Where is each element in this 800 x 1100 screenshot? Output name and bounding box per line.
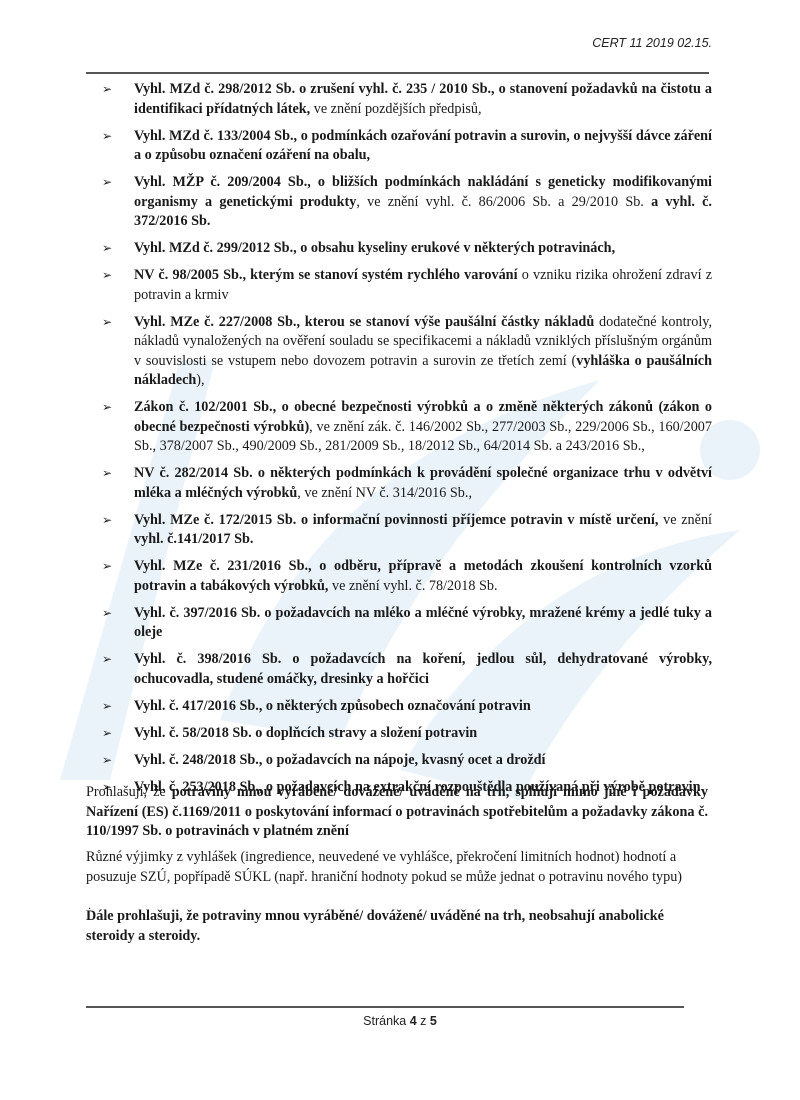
text-segment: , ve znění vyhl. č. 86/2006 Sb. a 29/201…	[356, 194, 651, 210]
exceptions-note: Různé výjimky z vyhlášek (ingredience, n…	[86, 848, 708, 887]
declaration-steroids: Dále prohlašuji, že potraviny mnou vyráb…	[86, 907, 708, 946]
text-segment: vyhl. č.141/2017 Sb.	[134, 531, 253, 547]
arrow-bullet-icon: ➢	[102, 697, 112, 717]
regulation-item: ➢Vyhl. MZd č. 299/2012 Sb., o obsahu kys…	[100, 239, 712, 259]
text-segment: Prohlašuji, že	[86, 784, 172, 800]
text-segment: Vyhl. č. 58/2018 Sb. o doplňcích stravy …	[134, 725, 477, 741]
arrow-bullet-icon: ➢	[102, 266, 112, 286]
arrow-bullet-icon: ➢	[102, 398, 112, 418]
regulation-item: ➢Vyhl. MZd č. 133/2004 Sb., o podmínkách…	[100, 127, 712, 166]
total-pages: 5	[430, 1014, 437, 1028]
arrow-bullet-icon: ➢	[102, 239, 112, 259]
arrow-bullet-icon: ➢	[102, 80, 112, 100]
arrow-bullet-icon: ➢	[102, 751, 112, 771]
regulation-item: ➢Vyhl. č. 398/2016 Sb. o požadavcích na …	[100, 650, 712, 689]
regulation-item: ➢Vyhl. MZe č. 172/2015 Sb. o informační …	[100, 511, 712, 550]
text-segment: Vyhl. č. 398/2016 Sb. o požadavcích na k…	[134, 651, 712, 687]
text-segment: Vyhl. č. 248/2018 Sb., o požadavcích na …	[134, 752, 546, 768]
arrow-bullet-icon: ➢	[102, 127, 112, 147]
regulation-item: ➢Vyhl. č. 397/2016 Sb. o požadavcích na …	[100, 604, 712, 643]
arrow-bullet-icon: ➢	[102, 650, 112, 670]
header-divider	[86, 72, 709, 74]
text-segment: ve znění vyhl. č. 78/2018 Sb.	[328, 578, 497, 594]
arrow-bullet-icon: ➢	[102, 724, 112, 744]
arrow-bullet-icon: ➢	[102, 313, 112, 333]
regulation-item: ➢Vyhl. MZe č. 231/2016 Sb., o odběru, př…	[100, 557, 712, 596]
regulation-item: ➢Vyhl. MŽP č. 209/2004 Sb., o bližších p…	[100, 173, 712, 232]
regulations-list: ➢Vyhl. MZd č. 298/2012 Sb. o zrušení vyh…	[100, 80, 712, 805]
page-separator: z	[420, 1014, 426, 1028]
arrow-bullet-icon: ➢	[102, 511, 112, 531]
text-segment: ve znění	[658, 512, 712, 528]
regulation-item: ➢Zákon č. 102/2001 Sb., o obecné bezpečn…	[100, 398, 712, 457]
regulation-item: ➢Vyhl. MZd č. 298/2012 Sb. o zrušení vyh…	[100, 80, 712, 119]
regulation-item: ➢Vyhl. MZe č. 227/2008 Sb., kterou se st…	[100, 313, 712, 391]
text-segment: Vyhl. č. 397/2016 Sb. o požadavcích na m…	[134, 605, 712, 641]
text-segment: potraviny mnou vyráběné/ dovážené/ uvádě…	[86, 784, 708, 839]
text-segment: Vyhl. MZd č. 133/2004 Sb., o podmínkách …	[134, 128, 712, 164]
text-segment: Vyhl. č. 417/2016 Sb., o některých způso…	[134, 698, 531, 714]
regulation-item: ➢NV č. 282/2014 Sb. o některých podmínká…	[100, 464, 712, 503]
regulation-item: ➢Vyhl. č. 417/2016 Sb., o některých způs…	[100, 697, 712, 717]
footer-divider	[86, 1006, 684, 1008]
declaration-compliance: Prohlašuji, že potraviny mnou vyráběné/ …	[86, 783, 708, 842]
text-segment: NV č. 98/2005 Sb., kterým se stanoví sys…	[134, 267, 518, 283]
arrow-bullet-icon: ➢	[102, 604, 112, 624]
arrow-bullet-icon: ➢	[102, 557, 112, 577]
regulation-item: ➢NV č. 98/2005 Sb., kterým se stanoví sy…	[100, 266, 712, 305]
text-segment: , ve znění NV č. 314/2016 Sb.,	[297, 485, 472, 501]
document-reference: CERT 11 2019 02.15.	[592, 36, 712, 50]
text-segment: Vyhl. MZd č. 299/2012 Sb., o obsahu kyse…	[134, 240, 615, 256]
page-footer: Stránka 4 z 5	[0, 1014, 800, 1028]
text-segment: ),	[196, 372, 204, 388]
current-page: 4	[410, 1014, 417, 1028]
page-label: Stránka	[363, 1014, 406, 1028]
regulation-item: ➢Vyhl. č. 58/2018 Sb. o doplňcích stravy…	[100, 724, 712, 744]
text-segment: Vyhl. MZe č. 172/2015 Sb. o informační p…	[134, 512, 658, 528]
arrow-bullet-icon: ➢	[102, 464, 112, 484]
arrow-bullet-icon: ➢	[102, 173, 112, 193]
regulation-item: ➢Vyhl. č. 248/2018 Sb., o požadavcích na…	[100, 751, 712, 771]
text-segment: Vyhl. MZe č. 227/2008 Sb., kterou se sta…	[134, 314, 594, 330]
text-segment: ve znění pozdějších předpisů,	[310, 101, 481, 117]
